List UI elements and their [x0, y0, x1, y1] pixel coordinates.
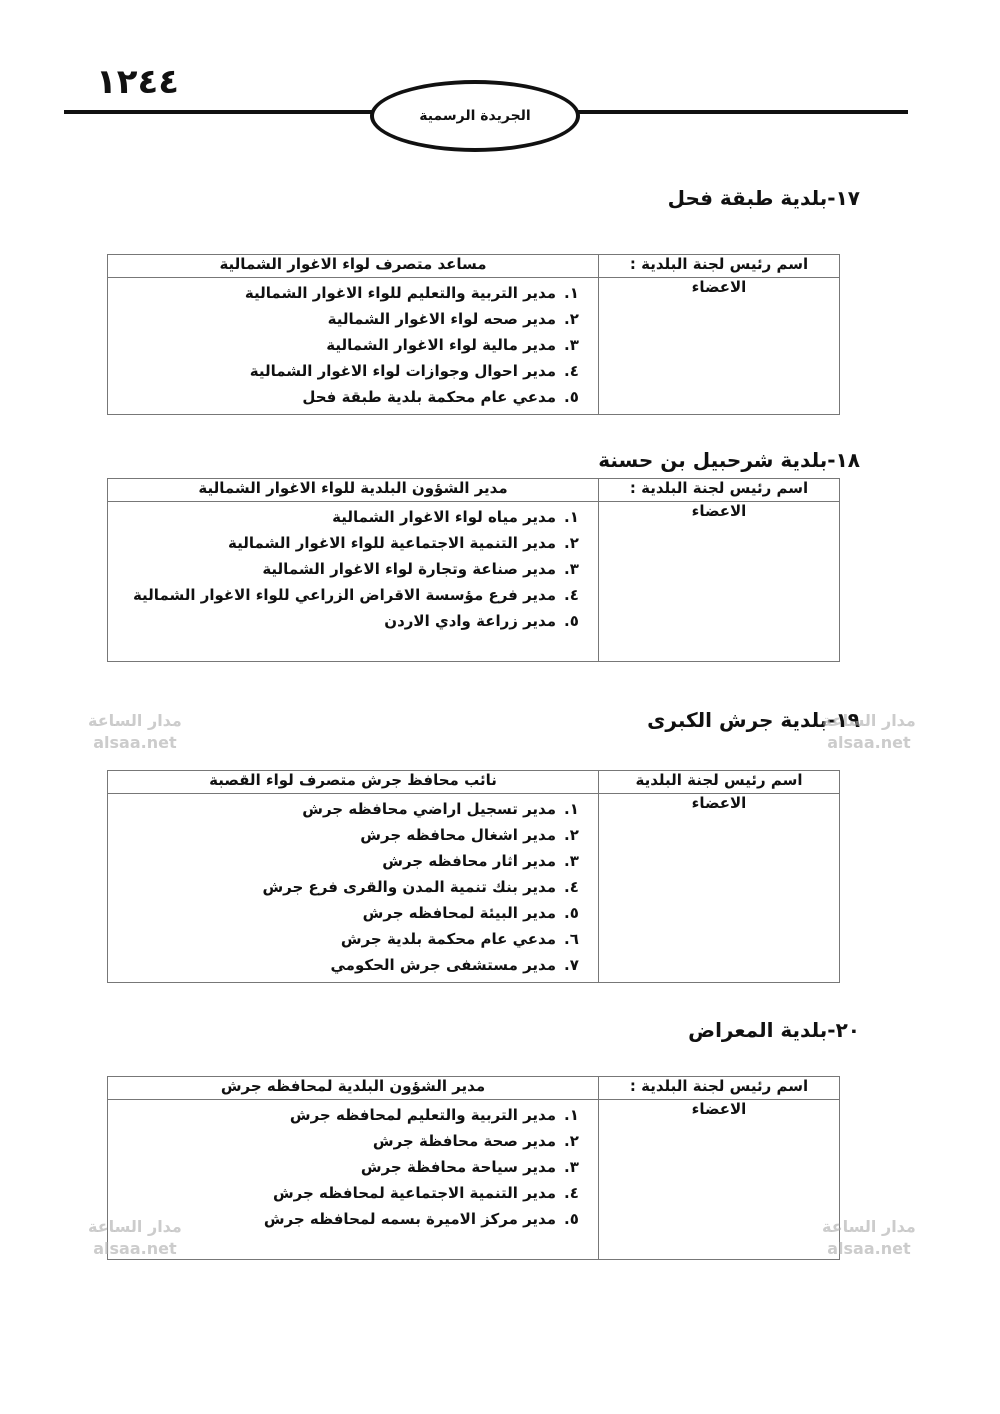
members-label: الاعضاء [599, 278, 840, 415]
list-item: ٤.مدير بنك تنمية المدن والقرى فرع جرش [118, 874, 556, 900]
committee-table-19: اسم رئيس لجنة البلدية نائب محافظ جرش متص… [107, 770, 840, 983]
watermark: مدار الساعةalsaa.net [88, 1216, 182, 1260]
members-cell: ١.مدير تسجيل اراضي محافظه جرش ٢.مدير اشغ… [108, 794, 599, 983]
members-list: ١.مدير تسجيل اراضي محافظه جرش ٢.مدير اشغ… [108, 796, 598, 978]
members-cell: ١.مدير مياه لواء الاغوار الشمالية ٢.مدير… [108, 502, 599, 662]
list-item: ٥.مدير البيئة لمحافظه جرش [118, 900, 556, 926]
head-value: مساعد متصرف لواء الاغوار الشمالية [108, 255, 599, 278]
head-label: اسم رئيس لجنة البلدية : [599, 479, 840, 502]
committee-table-17: اسم رئيس لجنة البلدية : مساعد متصرف لواء… [107, 254, 840, 415]
list-item: ٢.مدير اشغال محافظه جرش [118, 822, 556, 848]
head-value: مدير الشؤون البلدية للواء الاغوار الشمال… [108, 479, 599, 502]
list-item: ٧.مدير مستشفى جرش الحكومي [118, 952, 556, 978]
list-item: ٣.مدير مالية لواء الاغوار الشمالية [118, 332, 556, 358]
watermark: مدار الساعةalsaa.net [822, 1216, 916, 1260]
list-item: ٤.مدير فرع مؤسسة الاقراض الزراعي للواء ا… [118, 582, 556, 608]
members-list: ١.مدير مياه لواء الاغوار الشمالية ٢.مدير… [108, 504, 598, 634]
members-cell: ١.مدير التربية والتعليم للواء الاغوار ال… [108, 278, 599, 415]
list-item: ٢.مدير التنمية الاجتماعية للواء الاغوار … [118, 530, 556, 556]
watermark: مدار الساعةalsaa.net [822, 710, 916, 754]
publication-title: الجريدة الرسمية [419, 108, 530, 124]
list-item: ٢.مدير صحه لواء الاغوار الشمالية [118, 306, 556, 332]
committee-table-20: اسم رئيس لجنة البلدية : مدير الشؤون البل… [107, 1076, 840, 1260]
head-label: اسم رئيس لجنة البلدية [599, 771, 840, 794]
page-number: ١٢٤٤ [96, 62, 179, 102]
publication-title-oval: الجريدة الرسمية [370, 80, 580, 152]
list-item: ٢.مدير صحة محافظة جرش [118, 1128, 556, 1154]
head-row: اسم رئيس لجنة البلدية : مدير الشؤون البل… [108, 1077, 840, 1100]
list-item: ١.مدير التربية والتعليم لمحافظه جرش [118, 1102, 556, 1128]
list-item: ٣.مدير سياحة محافظة جرش [118, 1154, 556, 1180]
head-row: اسم رئيس لجنة البلدية نائب محافظ جرش متص… [108, 771, 840, 794]
members-row: الاعضاء ١.مدير التربية والتعليم لمحافظه … [108, 1100, 840, 1260]
section-title-18: ١٨-بلدية شرحبيل بن حسنة [598, 448, 860, 472]
members-list: ١.مدير التربية والتعليم للواء الاغوار ال… [108, 280, 598, 410]
members-list: ١.مدير التربية والتعليم لمحافظه جرش ٢.مد… [108, 1102, 598, 1232]
head-label: اسم رئيس لجنة البلدية : [599, 255, 840, 278]
list-item: ٣.مدير صناعة وتجارة لواء الاغوار الشمالي… [118, 556, 556, 582]
section-title-17: ١٧-بلدية طبقة فحل [668, 186, 860, 210]
list-item: ١.مدير مياه لواء الاغوار الشمالية [118, 504, 556, 530]
list-item: ٣.مدير اثار محافظه جرش [118, 848, 556, 874]
list-item: ٤.مدير التنمية الاجتماعية لمحافظه جرش [118, 1180, 556, 1206]
members-row: الاعضاء ١.مدير تسجيل اراضي محافظه جرش ٢.… [108, 794, 840, 983]
head-value: مدير الشؤون البلدية لمحافظه جرش [108, 1077, 599, 1100]
members-label: الاعضاء [599, 502, 840, 662]
list-item: ٥.مدير زراعة وادي الاردن [118, 608, 556, 634]
members-row: الاعضاء ١.مدير مياه لواء الاغوار الشمالي… [108, 502, 840, 662]
committee-table-18: اسم رئيس لجنة البلدية : مدير الشؤون البل… [107, 478, 840, 662]
head-row: اسم رئيس لجنة البلدية : مدير الشؤون البل… [108, 479, 840, 502]
members-label: الاعضاء [599, 794, 840, 983]
members-label: الاعضاء [599, 1100, 840, 1260]
section-title-20: ٢٠-بلدية المعراض [688, 1018, 860, 1042]
list-item: ٤.مدير احوال وجوازات لواء الاغوار الشمال… [118, 358, 556, 384]
list-item: ٦.مدعي عام محكمة بلدية جرش [118, 926, 556, 952]
list-item: ٥.مدعي عام محكمة بلدية طبقة فحل [118, 384, 556, 410]
list-item: ٥.مدير مركز الاميرة بسمه لمحافظه جرش [118, 1206, 556, 1232]
list-item: ١.مدير التربية والتعليم للواء الاغوار ال… [118, 280, 556, 306]
watermark: مدار الساعةalsaa.net [88, 710, 182, 754]
head-row: اسم رئيس لجنة البلدية : مساعد متصرف لواء… [108, 255, 840, 278]
list-item: ١.مدير تسجيل اراضي محافظه جرش [118, 796, 556, 822]
head-label: اسم رئيس لجنة البلدية : [599, 1077, 840, 1100]
members-row: الاعضاء ١.مدير التربية والتعليم للواء ال… [108, 278, 840, 415]
head-value: نائب محافظ جرش متصرف لواء القصبة [108, 771, 599, 794]
